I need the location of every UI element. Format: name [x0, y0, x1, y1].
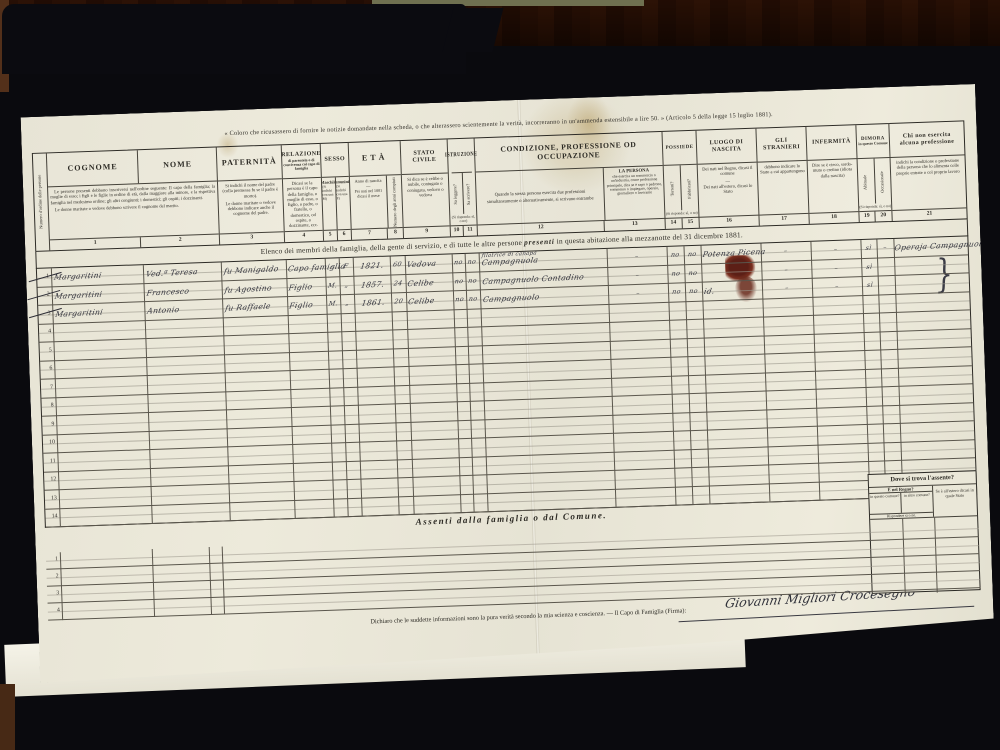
- col-stranieri: GLI STRANIERI debbono indicare lo Stato …: [756, 127, 809, 226]
- stato-title: STATO CIVILE: [401, 139, 448, 175]
- handwritten-anni: 20: [391, 297, 407, 306]
- condizione-desc: Quando la stessa persona esercita due pr…: [476, 188, 603, 206]
- eta-desc2: Pei nati nel 1881 dicasi il mese: [350, 188, 386, 199]
- col-number-19: 19: [859, 212, 875, 223]
- paternita-desc2: Le donne maritate o vedove debbono indic…: [221, 199, 282, 217]
- cognome-title: COGNOME: [47, 150, 140, 186]
- handwritten-sf: „: [340, 299, 355, 308]
- col-number-18: 18: [809, 212, 858, 224]
- la-persona-desc: che esercita un commercio o un'industria…: [604, 173, 665, 196]
- sa-scrivere-label: Sa scrivere?: [466, 183, 472, 204]
- col-number-15: 15: [682, 218, 699, 229]
- census-sheet: « Coloro che ricusassero di fornire le n…: [21, 84, 995, 683]
- handwritten-terr: no: [667, 269, 685, 278]
- handwritten-anno: 1821.: [354, 260, 390, 271]
- luogo-title: LUOGO DI NASCITA: [696, 129, 756, 165]
- col-number-9: 9: [404, 226, 450, 238]
- relazione-subtitle: di parentela o di convivenza col capo di…: [282, 158, 320, 171]
- col-condizione: CONDIZIONE, PROFESSIONE OD OCCUPAZIONE Q…: [475, 132, 666, 236]
- luogo-desc2: Dei nati all'estero, dicasi lo Stato: [700, 183, 755, 196]
- occasionale-label: Occasionale: [880, 171, 886, 193]
- handwritten-relazione: Figlio: [288, 281, 326, 292]
- col-possiede: POSSIEDE Terreni? Fabbricati? (Si rispon…: [662, 131, 699, 229]
- elenco-presenti: presenti: [524, 237, 555, 247]
- col-cognome-nome: COGNOME NOME Le persone presenti debbono…: [47, 148, 220, 251]
- handwritten-sf: „: [339, 280, 354, 289]
- paternita-title: PATERNITÀ: [217, 145, 282, 181]
- col-infermita: INFERMITÀ Dire se è cieco, sordo-muto o …: [806, 125, 859, 224]
- col-number-11: 11: [463, 225, 477, 235]
- col-number-8: 8: [388, 228, 403, 239]
- sesso-title: SESSO: [321, 143, 349, 178]
- col-number-7: 7: [352, 229, 389, 240]
- chi-non-desc: indichi la condizione o professione dell…: [893, 157, 964, 175]
- assenti-rows: 1234: [46, 520, 981, 621]
- fabbricati-label: Fabbricati?: [687, 179, 693, 199]
- stranieri-title: GLI STRANIERI: [756, 127, 806, 163]
- col-istruzione: ISTRUZIONE Sa leggere? Sa scrivere? (Si …: [448, 138, 478, 236]
- femminile-note: (Si indichi con una F): [336, 184, 350, 200]
- possiede-title: POSSIEDE: [662, 131, 696, 166]
- handwritten-sf: F: [338, 262, 353, 271]
- handwritten-anni: 24: [390, 278, 406, 287]
- col-relazione: RELAZIONE di parentela o di convivenza c…: [282, 144, 324, 242]
- eta-title: ETÀ: [349, 141, 401, 177]
- nome-title: NOME: [138, 148, 217, 184]
- chi-non-title: Chi non esercita alcuna professione: [889, 121, 964, 158]
- handwritten-scrive: no: [466, 294, 481, 303]
- sa-leggere-label: Sa leggere?: [453, 184, 459, 205]
- istruzione-title: ISTRUZIONE: [450, 139, 471, 174]
- infermita-desc: Dire se è cieco, sordo-muto o cretino (i…: [810, 161, 856, 178]
- col-number-17: 17: [759, 214, 808, 226]
- handwritten-scrive: no: [465, 276, 480, 285]
- handwritten-relazione: Figlio: [289, 300, 327, 311]
- elenco-post: in questa abitazione alla mezzanotte del…: [554, 230, 742, 246]
- col-stato-civile: STATO CIVILE Si dica se è celibe o nubil…: [401, 139, 451, 238]
- wood-edge-bottom-left: [0, 684, 15, 750]
- relazione-desc: Dicasi se la persona è il capo della fam…: [285, 180, 321, 229]
- handwritten-stran: –: [762, 264, 811, 274]
- terreni-label: Terreni?: [670, 182, 675, 197]
- altro-comune-label: in altro comune?: [901, 492, 933, 513]
- col-number-6: 6: [337, 230, 351, 240]
- handwritten-terr: no: [667, 287, 685, 296]
- col-luogo-nascita: LUOGO DI NASCITA Dei nati nel Regno, dic…: [696, 129, 759, 228]
- luogo-desc: Dei nati nel Regno, dicasi il comune: [700, 165, 755, 178]
- handwritten-inferm: –: [812, 262, 861, 272]
- col-dimora: DIMORA in questo Comune Abituale Occasio…: [856, 124, 892, 222]
- col-number-13: 13: [605, 219, 665, 231]
- col-number-16: 16: [699, 216, 758, 228]
- handwritten-d20: –: [876, 243, 894, 252]
- handwritten-fabb: no: [683, 250, 701, 259]
- handwritten-fabb: no: [684, 287, 702, 296]
- handwritten-fabb: no: [684, 268, 702, 277]
- col-sesso: SESSO Maschile (Si indichi con una M) Fe…: [321, 143, 352, 241]
- handwritten-sm: M.: [325, 281, 340, 290]
- col-eta: ETÀ Anno di nascita — Pei nati nel 1881 …: [349, 141, 404, 240]
- handwritten-d19: sì: [861, 280, 878, 289]
- handwritten-stato: Celibe: [407, 277, 453, 288]
- col-number-20: 20: [875, 211, 892, 222]
- estero-label: Se è all'estero dicasi in quale Stato: [933, 484, 977, 516]
- handwritten-d19: sì: [861, 262, 878, 271]
- col-number-14: 14: [666, 218, 683, 229]
- abituale-label: Abituale: [863, 175, 868, 190]
- stranieri-desc: debbono indicare lo Stato a cui apparten…: [760, 163, 805, 175]
- handwritten-terr: no: [666, 250, 684, 259]
- col-number-10: 10: [451, 226, 464, 236]
- col-number-4: 4: [285, 231, 323, 242]
- numero-ordine-label: Numero d'ordine delle persone: [38, 175, 45, 229]
- questo-comune-label: in questo comune?: [869, 493, 902, 514]
- col-chi-non-esercita: Chi non esercita alcuna professione indi…: [889, 121, 966, 221]
- handwritten-d19: sì: [860, 243, 877, 252]
- col-paternita: PATERNITÀ Si indichi il nome del padre (…: [217, 145, 285, 244]
- dark-cloth-cover: [2, 4, 466, 74]
- handwritten-relazione: Capo famiglia: [287, 263, 325, 274]
- stato-desc: Si dica se è celibe o nubile, coniugato …: [404, 176, 447, 199]
- handwritten-anni: 60: [389, 260, 405, 269]
- eta-anni-label: Numero degli anni compiuti: [392, 177, 399, 227]
- census-form-table: Numero d'ordine delle persone COGNOME NO…: [32, 120, 978, 527]
- census-photo: { "colors":{"background":"#0a0a0e","wood…: [0, 0, 1000, 750]
- handwritten-anno: 1861.: [355, 297, 391, 308]
- dimora-subtitle: in questo Comune: [858, 141, 887, 146]
- col-number-5: 5: [324, 230, 338, 240]
- maschile-note: (Si indichi con una M): [322, 184, 336, 200]
- paternita-desc: Si indichi il nome del padre (colla prem…: [220, 181, 281, 199]
- handwritten-scrive: no: [464, 257, 479, 266]
- infermita-title: INFERMITÀ: [806, 125, 856, 161]
- presenti-rows: } 1234567891011121314MargaritiniVed.ª Te…: [36, 236, 977, 527]
- handwritten-anno: 1857.: [355, 279, 391, 290]
